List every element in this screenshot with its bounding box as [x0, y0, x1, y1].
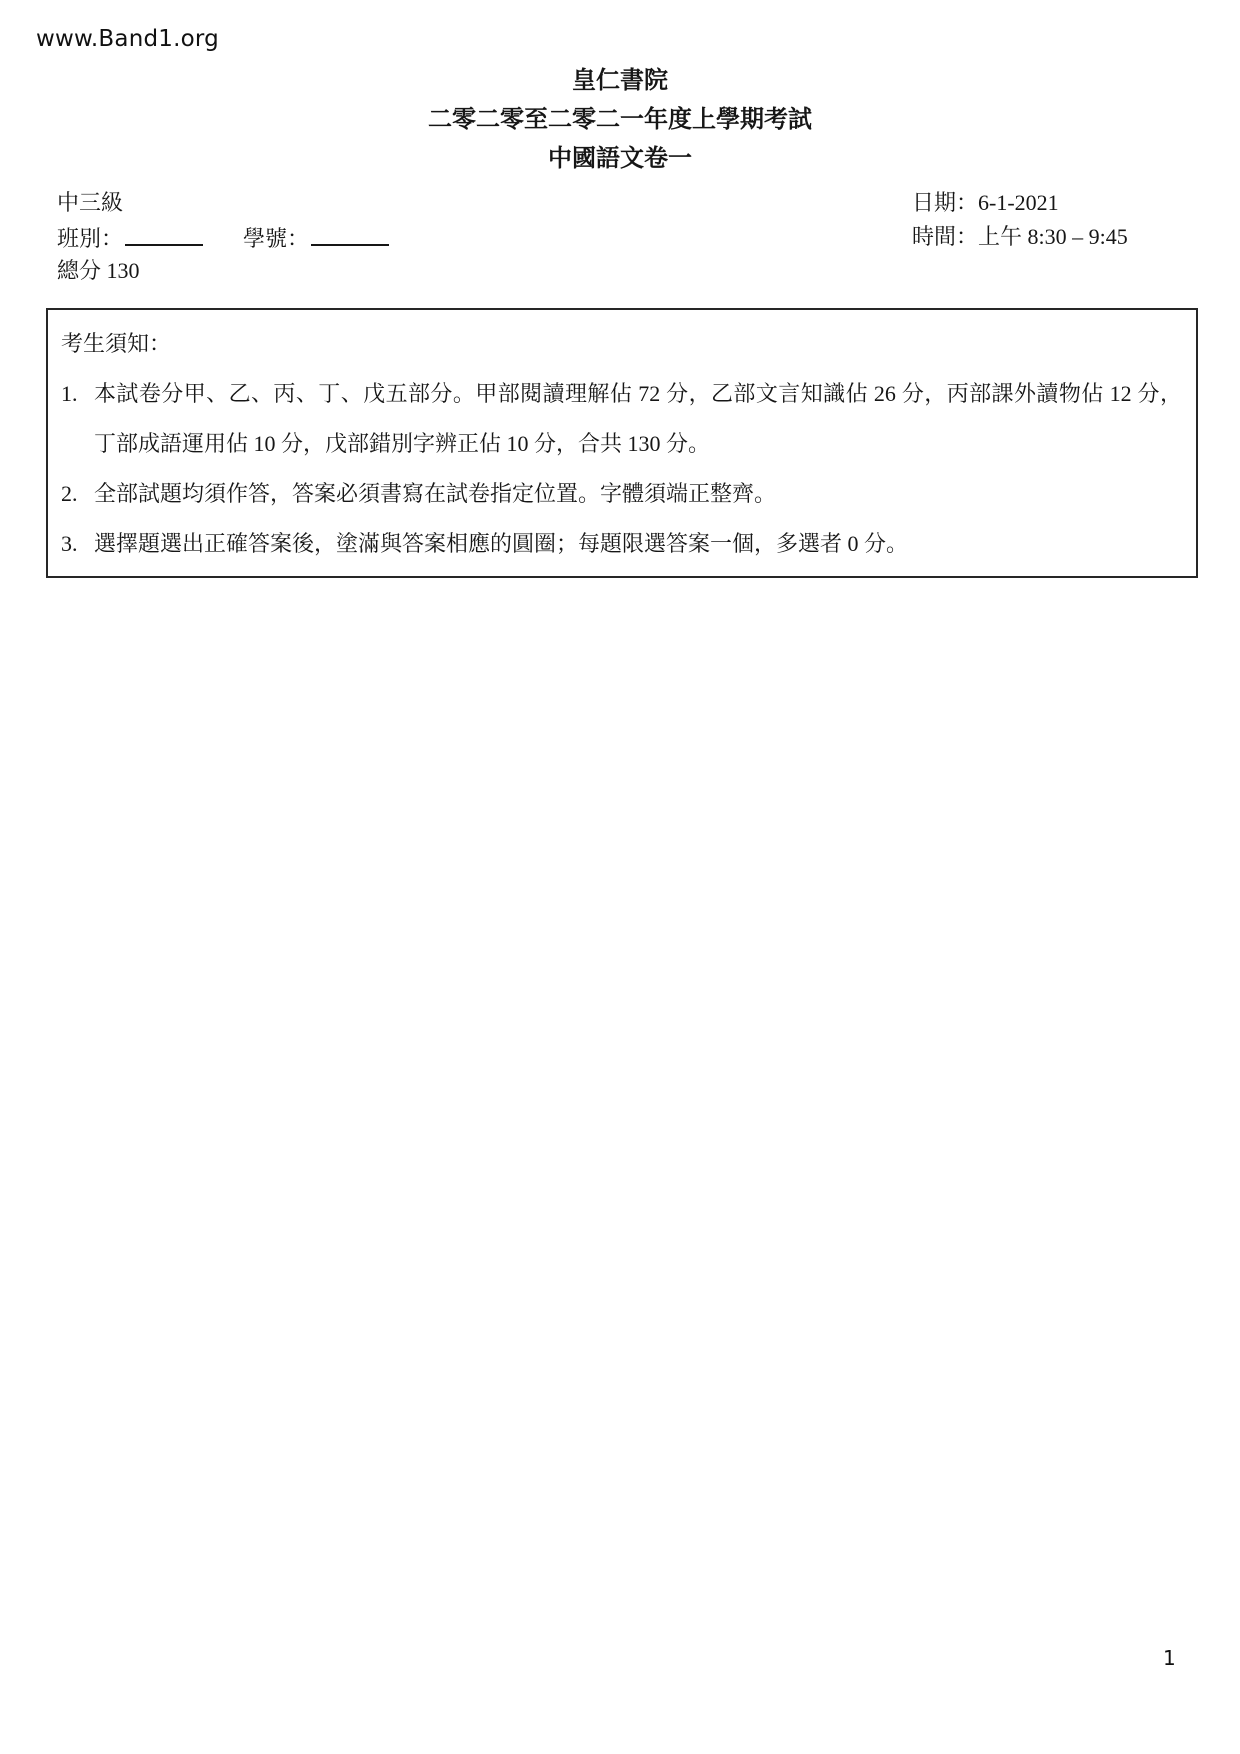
- exam-paper-page: www.Band1.org 皇仁書院 二零二零至二零二一年度上學期考試 中國語文…: [0, 0, 1240, 1754]
- site-watermark: www.Band1.org: [36, 26, 219, 52]
- notice-item-number: 3.: [61, 519, 94, 569]
- time-label: 時間：上午 8:30 – 9:45: [912, 224, 1128, 249]
- total-marks-row: 總分 130: [57, 254, 1197, 288]
- total-marks-label: 總分 130: [57, 258, 140, 283]
- school-name: 皇仁書院: [0, 62, 1240, 101]
- notice-item-1: 1. 本試卷分甲、乙、丙、丁、戊五部分。甲部閱讀理解佔 72 分，乙部文言知識佔…: [61, 369, 1182, 469]
- notice-item-text: 選擇題選出正確答案後，塗滿與答案相應的圓圈；每題限選答案一個，多選者 0 分。: [94, 519, 1182, 569]
- notice-item-text: 本試卷分甲、乙、丙、丁、戊五部分。甲部閱讀理解佔 72 分，乙部文言知識佔 26…: [94, 369, 1182, 469]
- student-number-blank-line: [311, 220, 389, 246]
- date-time-column: 日期：6-1-2021 時間：上午 8:30 – 9:45: [912, 186, 1128, 254]
- notice-item-2: 2. 全部試題均須作答，答案必須書寫在試卷指定位置。字體須端正整齊。: [61, 469, 1182, 519]
- page-number: 1: [1163, 1646, 1176, 1670]
- paper-title: 中國語文卷一: [0, 140, 1240, 179]
- exam-meta: 中三級 班別：學號： 總分 130 日期：6-1-2021 時間：上午 8:30…: [57, 186, 1197, 288]
- date-label: 日期：6-1-2021: [912, 190, 1059, 215]
- candidate-notice-box: 考生須知： 1. 本試卷分甲、乙、丙、丁、戊五部分。甲部閱讀理解佔 72 分，乙…: [46, 308, 1198, 578]
- time-row: 時間：上午 8:30 – 9:45: [912, 220, 1128, 254]
- date-row: 日期：6-1-2021: [912, 186, 1128, 220]
- notice-item-text: 全部試題均須作答，答案必須書寫在試卷指定位置。字體須端正整齊。: [94, 469, 1182, 519]
- class-label: 班別：: [57, 226, 123, 251]
- class-blank-line: [125, 220, 203, 246]
- notice-item-number: 2.: [61, 469, 94, 519]
- notice-item-number: 1.: [61, 369, 94, 419]
- exam-title: 二零二零至二零二一年度上學期考試: [0, 101, 1240, 140]
- student-number-label: 學號：: [243, 226, 309, 251]
- grade-label: 中三級: [57, 190, 123, 215]
- notice-title: 考生須知：: [61, 319, 1182, 369]
- title-block: 皇仁書院 二零二零至二零二一年度上學期考試 中國語文卷一: [0, 62, 1240, 179]
- notice-item-3: 3. 選擇題選出正確答案後，塗滿與答案相應的圓圈；每題限選答案一個，多選者 0 …: [61, 519, 1182, 569]
